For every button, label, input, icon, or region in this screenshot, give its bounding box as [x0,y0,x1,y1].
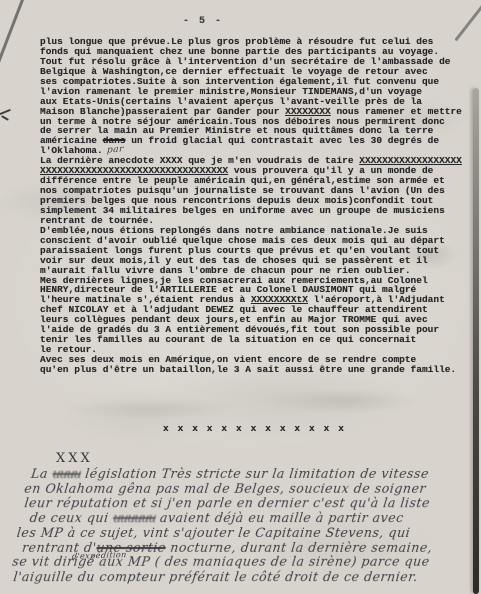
handwritten-line-segment: La [30,466,53,481]
handwritten-line-segment: nocturne, durant la dernière semaine, [165,540,433,555]
handwritten-line-segment: en Oklahoma gêna pas mal de Belges, souc… [23,481,427,496]
handwritten-line: leur réputation et si j'en parle en dern… [24,496,469,511]
corner-fold-mark [454,0,481,41]
typed-line-segment: un froid glacial qui contrastait avec le… [126,135,440,146]
handwritten-line-struck-segment: uuuuuu [112,510,156,525]
handwritten-line: en Oklahoma gêna pas mal de Belges, souc… [23,482,470,497]
typed-line: américaine dans un froid glacial qui con… [40,136,472,146]
scanned-page: - 5 - plus longue que prévue.Le plus gro… [0,0,481,594]
handwritten-line-segment: les MP à ce sujet, vint s'ajouter le Cap… [16,525,411,540]
scan-smudge [270,388,420,414]
pen-mark [1,115,9,121]
handwritten-line-segment: leur réputation et si j'en parle en dern… [24,495,431,510]
typed-line: qu'en plus d'être un bataillon,le 3 A sa… [40,365,472,375]
typed-line: tenir les familles au courant de la situ… [40,335,472,345]
handwritten-line-segment: de ceux qui [29,510,114,525]
typed-line-segment: qu'en plus d'être un bataillon,le 3 A sa… [40,364,456,375]
paper-crease-mark [0,0,25,68]
handwritten-xxx-marker: XXX [56,451,93,466]
handwritten-line: La uuuu législation Très stricte sur la … [30,467,472,482]
handwritten-line: de ceux qui uuuuuu avaient déjà eu maill… [29,511,467,526]
handwritten-line-segment: avaient déjà eu maille à partir avec [155,510,405,525]
handwritten-line: les MP à ce sujet, vint s'ajouter le Cap… [16,526,465,541]
handwritten-line: l'aiguille du compteur préférait le côté… [13,570,460,585]
typed-text-block: plus longue que prévue.Le plus gros prob… [40,37,472,375]
handwritten-line-segment: législation Très stricte sur la limitati… [80,466,430,481]
handwritten-line-struck-segment: uuuu [52,466,82,481]
handwritten-correction: par [107,144,124,155]
handwritten-line-segment: l'aiguille du compteur préférait le côté… [13,569,419,584]
handwriting-block: La uuuu législation Très stricte sur la … [10,467,472,585]
typed-x-separator: x x x x x x x x x x x x x [163,423,346,434]
scan-edge-shadow [473,88,479,594]
scan-smudge [60,398,240,420]
page-number: - 5 - [183,16,223,28]
